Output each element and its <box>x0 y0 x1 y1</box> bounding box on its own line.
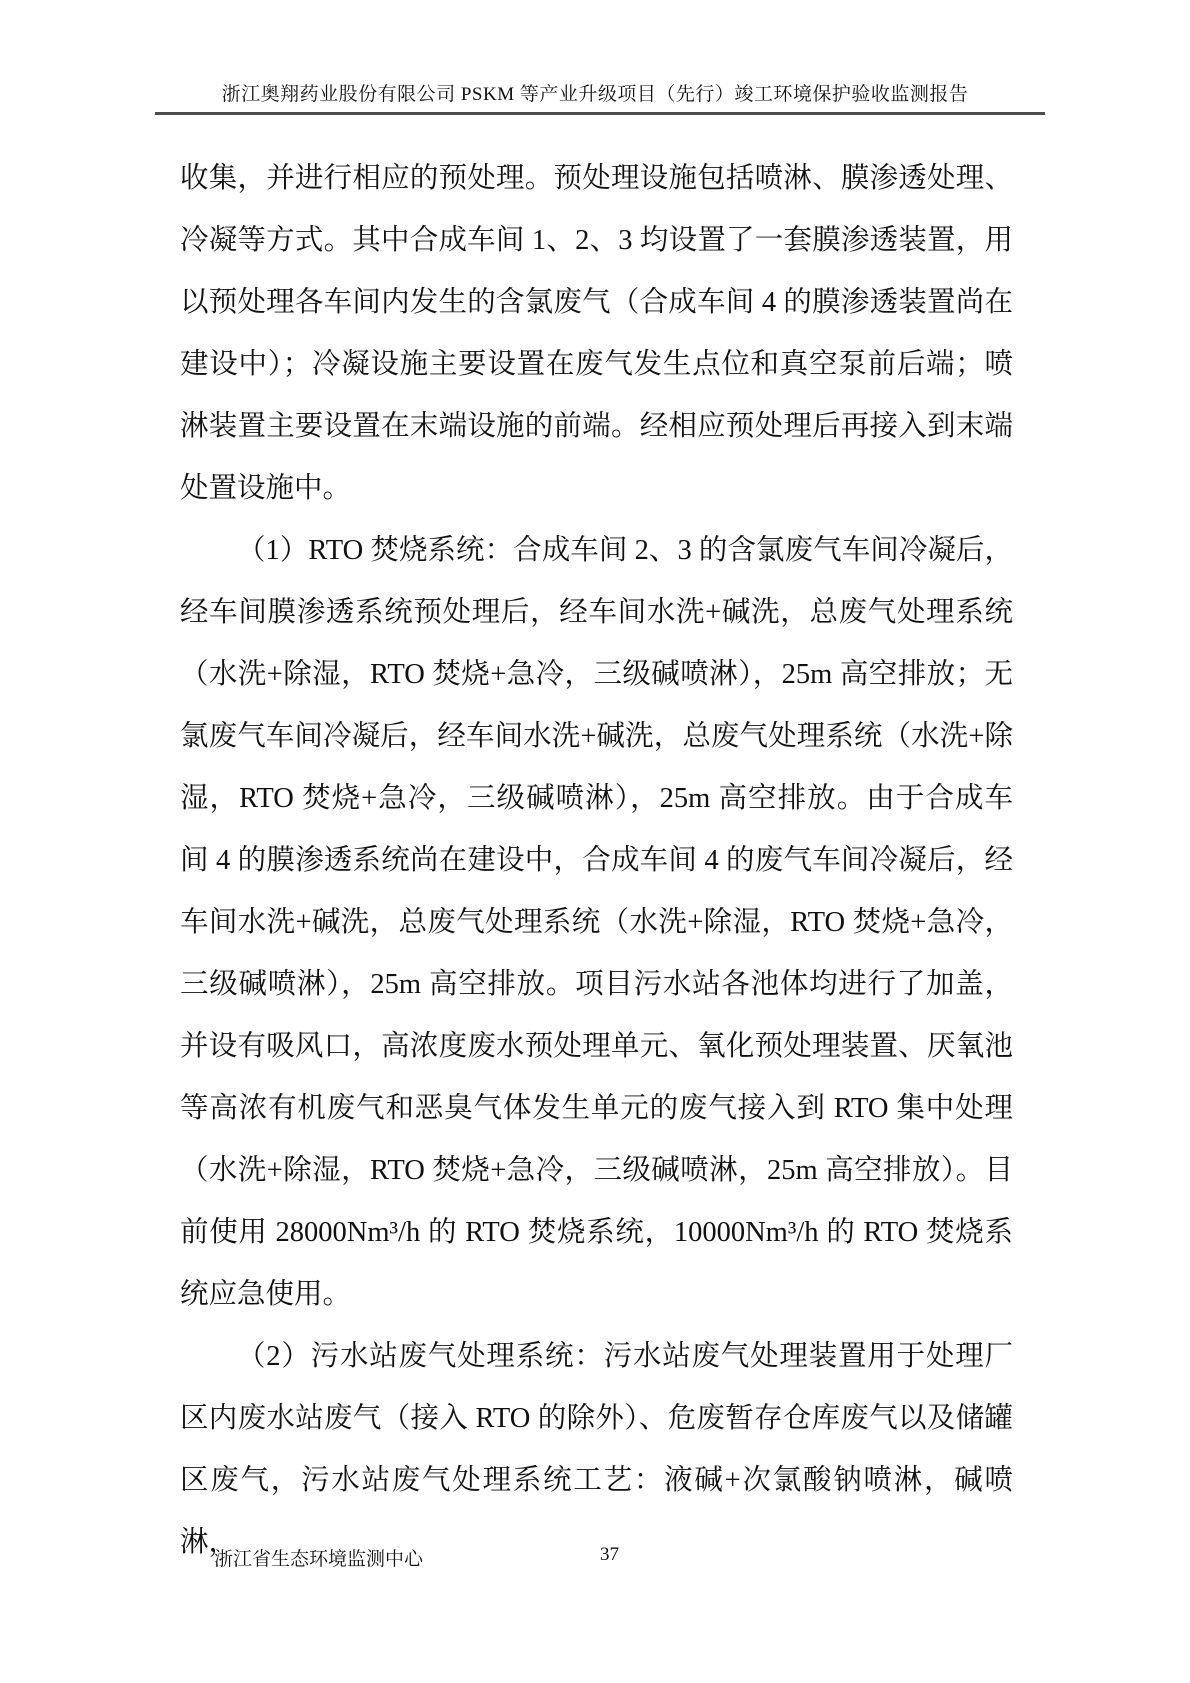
footer-organization: 浙江省生态环境监测中心 <box>214 1544 423 1571</box>
page-number: 37 <box>600 1544 619 1566</box>
document-page: 浙江奥翔药业股份有限公司 PSKM 等产业升级项目（先行）竣工环境保护验收监测报… <box>0 0 1190 1683</box>
paragraph-sewage-station-gas-system: （2）污水站废气处理系统：污水站废气处理装置用于处理厂区内废水站废气（接入 RT… <box>180 1326 1013 1574</box>
document-body: 收集，并进行相应的预处理。预处理设施包括喷淋、膜渗透处理、冷凝等方式。其中合成车… <box>180 148 1013 1574</box>
paragraph-pretreatment-continuation: 收集，并进行相应的预处理。预处理设施包括喷淋、膜渗透处理、冷凝等方式。其中合成车… <box>180 148 1013 520</box>
paragraph-rto-incineration-system: （1）RTO 焚烧系统：合成车间 2、3 的含氯废气车间冷凝后，经车间膜渗透系统… <box>180 520 1013 1326</box>
page-footer: 浙江省生态环境监测中心 37 <box>0 1544 1190 1584</box>
header-rule <box>155 112 1045 115</box>
page-header: 浙江奥翔药业股份有限公司 PSKM 等产业升级项目（先行）竣工环境保护验收监测报… <box>0 0 1190 120</box>
header-title: 浙江奥翔药业股份有限公司 PSKM 等产业升级项目（先行）竣工环境保护验收监测报… <box>0 84 1190 106</box>
